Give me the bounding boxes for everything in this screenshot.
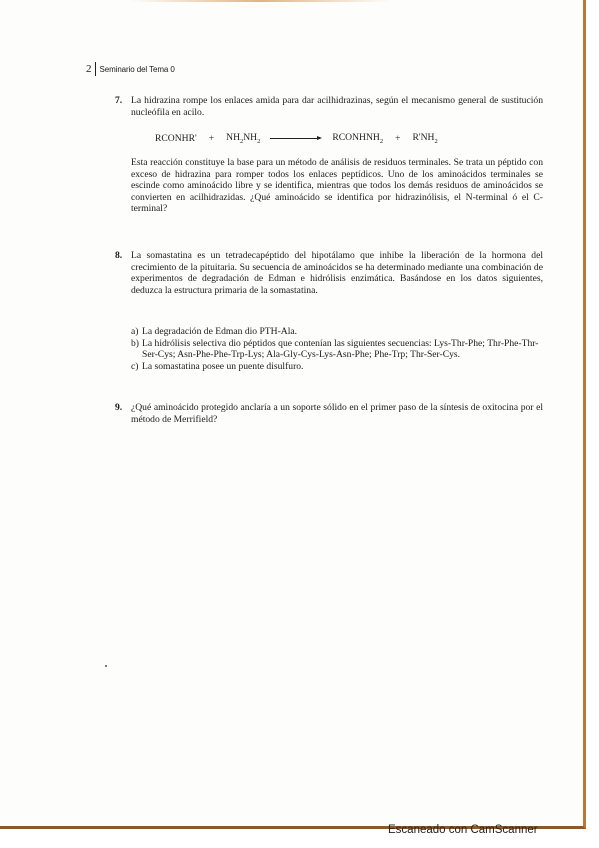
question-number: 8.: [115, 250, 122, 262]
camscanner-watermark: Escaneado con CamScanner: [388, 824, 538, 836]
product-2: R'NH2: [412, 132, 437, 145]
list-item-text: La somastatina posee un puente disulfuro…: [142, 361, 303, 372]
product-1: RCONHNH2: [332, 132, 383, 145]
header-divider: [95, 62, 96, 76]
question-text: ¿Qué aminoácido protegido anclaría a un …: [131, 402, 543, 425]
question-number: 9.: [115, 402, 122, 414]
question-9: 9. ¿Qué aminoácido protegido anclaría a …: [131, 402, 543, 425]
list-item: c) La somastatina posee un puente disulf…: [131, 361, 543, 373]
list-item: b) La hidrólisis selectiva dio péptidos …: [131, 338, 543, 361]
list-item-label: b): [131, 338, 139, 350]
list-item-label: a): [131, 326, 138, 338]
header-title: Seminario del Tema 0: [100, 65, 175, 74]
list-item: a) La degradación de Edman dio PTH-Ala.: [131, 326, 543, 338]
reaction-arrow-icon: [270, 138, 320, 139]
list-item-text: La hidrólisis selectiva dio péptidos que…: [142, 338, 539, 361]
question-8: 8. La somastatina es un tetradecapéptido…: [131, 250, 543, 296]
page-number: 2: [86, 63, 92, 75]
question-number: 7.: [115, 95, 122, 107]
plus-sign: +: [395, 133, 400, 144]
question-8-data-list: a) La degradación de Edman dio PTH-Ala. …: [131, 326, 543, 372]
list-item-label: c): [131, 361, 138, 373]
paper-edge-stain: [130, 0, 390, 2]
reactant-1: RCONHR': [155, 133, 197, 144]
page-header: 2 Seminario del Tema 0: [86, 62, 175, 76]
question-7-body: Esta reacción constituye la base para un…: [131, 157, 543, 215]
list-item-text: La degradación de Edman dio PTH-Ala.: [142, 326, 297, 337]
question-7: 7. La hidrazina rompe los enlaces amida …: [131, 95, 543, 118]
scan-speck: [105, 665, 107, 667]
chemical-equation: RCONHR' + NH2NH2 RCONHNH2 + R'NH2: [155, 130, 495, 146]
scanned-page: 2 Seminario del Tema 0 7. La hidrazina r…: [0, 0, 586, 829]
reactant-2: NH2NH2: [226, 132, 260, 145]
plus-sign: +: [209, 133, 214, 144]
question-text: La somastatina es un tetradecapéptido de…: [131, 250, 543, 296]
question-text: La hidrazina rompe los enlaces amida par…: [131, 95, 543, 118]
paragraph: Esta reacción constituye la base para un…: [131, 157, 543, 215]
